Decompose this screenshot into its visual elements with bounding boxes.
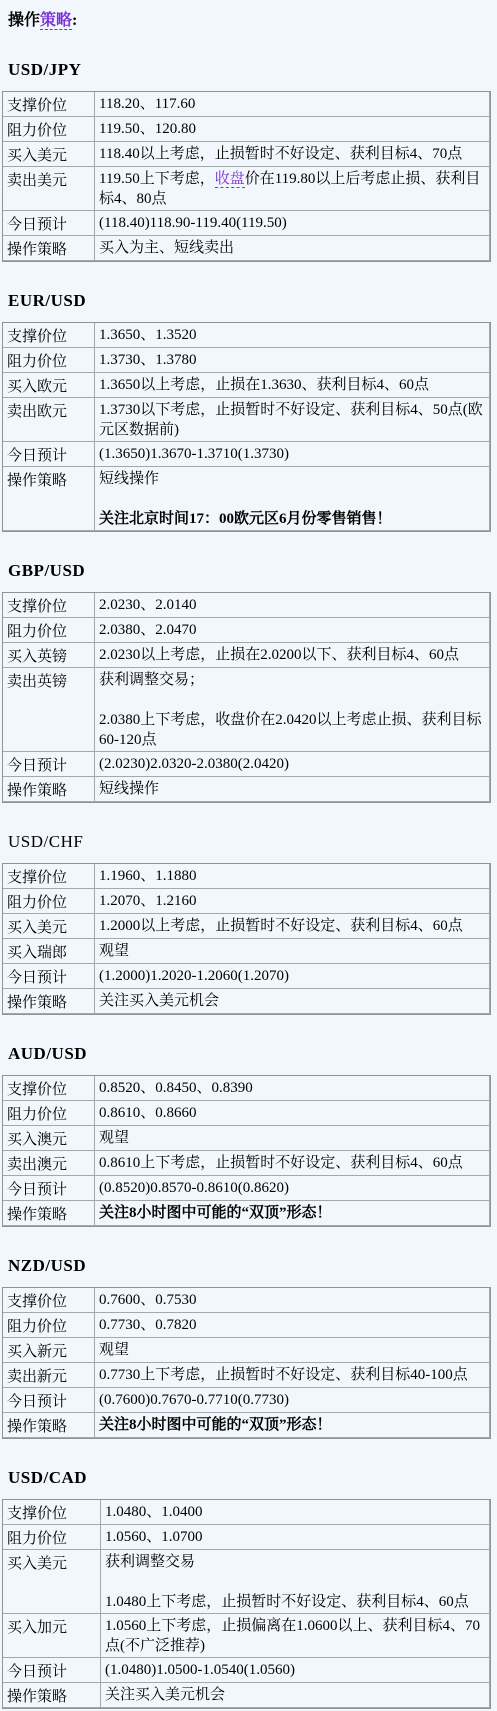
value-paragraph: 0.8610上下考虑，止损暂时不好设定、获利目标4、60点 — [99, 1153, 485, 1173]
value-paragraph: 1.0480、1.0400 — [105, 1502, 485, 1522]
value-paragraph: 1.0560、1.0700 — [105, 1527, 485, 1547]
row-label: 支撑价位 — [3, 864, 95, 889]
row-label: 卖出新元 — [3, 1363, 95, 1388]
value-paragraph: 关注买入美元机会 — [99, 991, 485, 1011]
row-value: 买入为主、短线卖出 — [95, 236, 490, 261]
value-paragraph: 1.3650、1.3520 — [99, 325, 485, 345]
text-span: 0.8610、0.8660 — [99, 1105, 197, 1121]
value-paragraph: 1.3650以上考虑，止损在1.3630、获利目标4、60点 — [99, 375, 485, 395]
pair-heading-usd-cad: USD/CAD — [8, 1467, 495, 1488]
value-paragraph — [99, 690, 485, 710]
row-value: 2.0230以上考虑，止损在2.0200以下、获利目标4、60点 — [95, 643, 490, 668]
value-paragraph: 观望 — [99, 1340, 485, 1360]
row-value: 0.7600、0.7530 — [95, 1288, 490, 1313]
row-label: 支撑价位 — [3, 1076, 95, 1101]
value-paragraph: 0.7730、0.7820 — [99, 1315, 485, 1335]
table-row: 买入欧元1.3650以上考虑，止损在1.3630、获利目标4、60点 — [3, 373, 490, 398]
text-span: 1.0480上下考虑，止损暂时不好设定、获利目标4、60点 — [105, 1594, 469, 1610]
row-value: 2.0230、2.0140 — [95, 593, 490, 618]
pair-heading-gbp-usd: GBP/USD — [8, 560, 495, 581]
table-row: 支撑价位0.7600、0.7530 — [3, 1288, 490, 1313]
table-row: 阻力价位0.7730、0.7820 — [3, 1313, 490, 1338]
value-paragraph: (0.7600)0.7670-0.7710(0.7730) — [99, 1390, 485, 1410]
text-span: (118.40)118.90-119.40(119.50) — [99, 215, 287, 231]
row-value: (0.8520)0.8570-0.8610(0.8620) — [95, 1176, 490, 1201]
row-value: 1.2000以上考虑，止损暂时不好设定、获利目标4、60点 — [95, 914, 490, 939]
text-span: 观望 — [99, 1342, 129, 1358]
table-row: 支撑价位1.0480、1.0400 — [3, 1500, 490, 1525]
pair-heading-usd-jpy: USD/JPY — [8, 59, 495, 80]
value-paragraph: 0.7730上下考虑，止损暂时不好设定、获利目标40-100点 — [99, 1365, 485, 1385]
value-paragraph: 1.0560上下考虑，止损偏离在1.0600以上、获利目标4、70点(不广泛推荐… — [105, 1616, 485, 1656]
pair-heading-usd-chf: USD/CHF — [8, 831, 495, 852]
row-label: 买入瑞郎 — [3, 939, 95, 964]
row-label: 阻力价位 — [3, 1313, 95, 1338]
value-paragraph: (2.0230)2.0320-2.0380(2.0420) — [99, 754, 485, 774]
value-paragraph — [99, 489, 485, 509]
row-value: (0.7600)0.7670-0.7710(0.7730) — [95, 1388, 490, 1413]
row-value: 0.8610上下考虑，止损暂时不好设定、获利目标4、60点 — [95, 1151, 490, 1176]
value-paragraph: 关注北京时间17：00欧元区6月份零售销售！ — [99, 509, 485, 529]
row-label: 今日预计 — [3, 1658, 101, 1683]
value-paragraph: (118.40)118.90-119.40(119.50) — [99, 213, 485, 233]
row-value: 0.8610、0.8660 — [95, 1101, 490, 1126]
row-label: 支撑价位 — [3, 593, 95, 618]
row-value: (2.0230)2.0320-2.0380(2.0420) — [95, 752, 490, 777]
table-row: 操作策略买入为主、短线卖出 — [3, 236, 490, 261]
text-span: 1.0560、1.0700 — [105, 1529, 203, 1545]
table-row: 卖出澳元0.8610上下考虑，止损暂时不好设定、获利目标4、60点 — [3, 1151, 490, 1176]
text-span: 短线操作 — [99, 781, 159, 797]
value-paragraph: 2.0230以上考虑，止损在2.0200以下、获利目标4、60点 — [99, 645, 485, 665]
text-span: 118.40以上考虑，止损暂时不好设定、获利目标4、70点 — [99, 146, 462, 162]
text-span: 0.8610上下考虑，止损暂时不好设定、获利目标4、60点 — [99, 1155, 463, 1171]
table-row: 阻力价位1.2070、1.2160 — [3, 889, 490, 914]
pair-table-eur-usd: 支撑价位1.3650、1.3520阻力价位1.3730、1.3780买入欧元1.… — [2, 322, 491, 532]
row-label: 操作策略 — [3, 989, 95, 1014]
table-row: 今日预计(0.8520)0.8570-0.8610(0.8620) — [3, 1176, 490, 1201]
row-value: 获利调整交易；2.0380上下考虑，收盘价在2.0420以上考虑止损、获利目标6… — [95, 668, 490, 752]
row-label: 卖出澳元 — [3, 1151, 95, 1176]
text-span: 119.50上下考虑， — [99, 171, 215, 187]
row-value: 119.50上下考虑，收盘价在119.80以上后考虑止损、获利目标4、80点 — [95, 167, 490, 211]
table-row: 操作策略关注8小时图中可能的“双顶”形态！ — [3, 1201, 490, 1226]
table-row: 买入美元获利调整交易1.0480上下考虑，止损暂时不好设定、获利目标4、60点 — [3, 1550, 490, 1614]
row-value: 观望 — [95, 1126, 490, 1151]
row-label: 今日预计 — [3, 964, 95, 989]
row-label: 支撑价位 — [3, 1288, 95, 1313]
row-label: 买入澳元 — [3, 1126, 95, 1151]
row-value: 关注8小时图中可能的“双顶”形态！ — [95, 1201, 490, 1226]
value-paragraph: 关注8小时图中可能的“双顶”形态！ — [99, 1203, 485, 1223]
value-paragraph: 短线操作 — [99, 779, 485, 799]
table-row: 今日预计(0.7600)0.7670-0.7710(0.7730) — [3, 1388, 490, 1413]
table-row: 卖出新元0.7730上下考虑，止损暂时不好设定、获利目标40-100点 — [3, 1363, 490, 1388]
value-paragraph: 关注8小时图中可能的“双顶”形态！ — [99, 1415, 485, 1435]
value-paragraph: 1.3730、1.3780 — [99, 350, 485, 370]
row-label: 阻力价位 — [3, 117, 95, 142]
row-value: 短线操作关注北京时间17：00欧元区6月份零售销售！ — [95, 467, 490, 531]
table-row: 买入加元1.0560上下考虑，止损偏离在1.0600以上、获利目标4、70点(不… — [3, 1614, 490, 1658]
text-span: (1.3650)1.3670-1.3710(1.3730) — [99, 446, 289, 462]
table-row: 操作策略短线操作 — [3, 777, 490, 802]
text-span: 0.7730上下考虑，止损暂时不好设定、获利目标40-100点 — [99, 1367, 468, 1383]
text-span: (0.8520)0.8570-0.8610(0.8620) — [99, 1180, 289, 1196]
value-paragraph: 1.1960、1.1880 — [99, 866, 485, 886]
pair-table-gbp-usd: 支撑价位2.0230、2.0140阻力价位2.0380、2.0470买入英镑2.… — [2, 592, 491, 803]
table-row: 支撑价位2.0230、2.0140 — [3, 593, 490, 618]
row-value: 获利调整交易1.0480上下考虑，止损暂时不好设定、获利目标4、60点 — [101, 1550, 490, 1614]
text-span: 关注买入美元机会 — [105, 1687, 225, 1703]
text-span: 0.7600、0.7530 — [99, 1292, 197, 1308]
text-span: 1.1960、1.1880 — [99, 868, 197, 884]
row-label: 卖出欧元 — [3, 398, 95, 442]
value-paragraph: 获利调整交易； — [99, 670, 485, 690]
value-paragraph: 短线操作 — [99, 469, 485, 489]
row-label: 支撑价位 — [3, 323, 95, 348]
row-value: 119.50、120.80 — [95, 117, 490, 142]
row-label: 今日预计 — [3, 1176, 95, 1201]
value-paragraph: (1.3650)1.3670-1.3710(1.3730) — [99, 444, 485, 464]
row-value: 0.8520、0.8450、0.8390 — [95, 1076, 490, 1101]
closing-price-link[interactable]: 收盘 — [215, 171, 245, 188]
row-label: 阻力价位 — [3, 889, 95, 914]
text-span: 观望 — [99, 1130, 129, 1146]
pair-table-usd-cad: 支撑价位1.0480、1.0400阻力价位1.0560、1.0700买入美元获利… — [2, 1499, 491, 1709]
row-label: 买入美元 — [3, 914, 95, 939]
table-row: 卖出欧元1.3730以下考虑，止损暂时不好设定、获利目标4、50点(欧元区数据前… — [3, 398, 490, 442]
text-span: 119.50、120.80 — [99, 121, 196, 137]
pair-table-usd-chf: 支撑价位1.1960、1.1880阻力价位1.2070、1.2160买入美元1.… — [2, 863, 491, 1015]
value-paragraph: 0.8610、0.8660 — [99, 1103, 485, 1123]
text-span: 关注8小时图中可能的“双顶”形态！ — [99, 1205, 332, 1221]
table-row: 今日预计(2.0230)2.0320-2.0380(2.0420) — [3, 752, 490, 777]
title-prefix: 操作 — [8, 12, 40, 29]
value-paragraph: 1.2070、1.2160 — [99, 891, 485, 911]
text-span: 1.3650、1.3520 — [99, 327, 197, 343]
text-span: (2.0230)2.0320-2.0380(2.0420) — [99, 756, 289, 772]
row-value: (1.2000)1.2020-1.2060(1.2070) — [95, 964, 490, 989]
text-span: 1.0560上下考虑，止损偏离在1.0600以上、获利目标4、70点(不广泛推荐… — [105, 1618, 480, 1654]
row-label: 买入美元 — [3, 142, 95, 167]
row-label: 卖出英镑 — [3, 668, 95, 752]
row-value: 0.7730、0.7820 — [95, 1313, 490, 1338]
value-paragraph: 观望 — [99, 941, 485, 961]
row-value: 118.40以上考虑，止损暂时不好设定、获利目标4、70点 — [95, 142, 490, 167]
text-span: 2.0230以上考虑，止损在2.0200以下、获利目标4、60点 — [99, 647, 459, 663]
table-row: 今日预计(1.3650)1.3670-1.3710(1.3730) — [3, 442, 490, 467]
table-row: 阻力价位1.0560、1.0700 — [3, 1525, 490, 1550]
sections-container: USD/JPY支撑价位118.20、117.60阻力价位119.50、120.8… — [2, 59, 495, 1709]
row-label: 操作策略 — [3, 1413, 95, 1438]
text-span: (0.7600)0.7670-0.7710(0.7730) — [99, 1392, 289, 1408]
row-label: 买入美元 — [3, 1550, 101, 1614]
row-value: 关注8小时图中可能的“双顶”形态！ — [95, 1413, 490, 1438]
text-span: 2.0380上下考虑，收盘价在2.0420以上考虑止损、获利目标60-120点 — [99, 712, 482, 748]
value-paragraph: (0.8520)0.8570-0.8610(0.8620) — [99, 1178, 485, 1198]
row-value: 0.7730上下考虑，止损暂时不好设定、获利目标40-100点 — [95, 1363, 490, 1388]
pair-heading-aud-usd: AUD/USD — [8, 1043, 495, 1064]
row-label: 操作策略 — [3, 467, 95, 531]
table-row: 卖出美元119.50上下考虑，收盘价在119.80以上后考虑止损、获利目标4、8… — [3, 167, 490, 211]
row-label: 买入加元 — [3, 1614, 101, 1658]
text-span: 短线操作 — [99, 471, 159, 487]
row-label: 支撑价位 — [3, 1500, 101, 1525]
text-span: (1.2000)1.2020-1.2060(1.2070) — [99, 968, 289, 984]
text-span: 1.0480、1.0400 — [105, 1504, 203, 1520]
table-row: 卖出英镑获利调整交易；2.0380上下考虑，收盘价在2.0420以上考虑止损、获… — [3, 668, 490, 752]
text-span: 观望 — [99, 943, 129, 959]
table-row: 买入美元1.2000以上考虑，止损暂时不好设定、获利目标4、60点 — [3, 914, 490, 939]
text-span: 2.0230、2.0140 — [99, 597, 197, 613]
text-span: 1.2070、1.2160 — [99, 893, 197, 909]
value-paragraph: 买入为主、短线卖出 — [99, 238, 485, 258]
text-span: 118.20、117.60 — [99, 96, 195, 112]
text-span: 获利调整交易； — [99, 672, 204, 688]
table-row: 买入澳元观望 — [3, 1126, 490, 1151]
pair-heading-eur-usd: EUR/USD — [8, 290, 495, 311]
value-paragraph: 1.2000以上考虑，止损暂时不好设定、获利目标4、60点 — [99, 916, 485, 936]
pair-table-aud-usd: 支撑价位0.8520、0.8450、0.8390阻力价位0.8610、0.866… — [2, 1075, 491, 1227]
row-value: 1.2070、1.2160 — [95, 889, 490, 914]
table-row: 买入新元观望 — [3, 1338, 490, 1363]
text-span: 关注买入美元机会 — [99, 993, 219, 1009]
row-label: 今日预计 — [3, 752, 95, 777]
row-label: 操作策略 — [3, 1683, 101, 1708]
row-label: 操作策略 — [3, 1201, 95, 1226]
text-span: 关注北京时间17：00欧元区6月份零售销售！ — [99, 511, 392, 527]
value-paragraph: 119.50、120.80 — [99, 119, 485, 139]
row-value: 短线操作 — [95, 777, 490, 802]
row-value: 关注买入美元机会 — [101, 1683, 490, 1708]
value-paragraph: 1.0480上下考虑，止损暂时不好设定、获利目标4、60点 — [105, 1592, 485, 1612]
text-span: 2.0380、2.0470 — [99, 622, 197, 638]
table-row: 今日预计(1.2000)1.2020-1.2060(1.2070) — [3, 964, 490, 989]
row-value: 观望 — [95, 1338, 490, 1363]
table-row: 今日预计(1.0480)1.0500-1.0540(1.0560) — [3, 1658, 490, 1683]
row-label: 支撑价位 — [3, 92, 95, 117]
row-value: (118.40)118.90-119.40(119.50) — [95, 211, 490, 236]
table-row: 操作策略关注8小时图中可能的“双顶”形态！ — [3, 1413, 490, 1438]
table-row: 操作策略关注买入美元机会 — [3, 1683, 490, 1708]
row-label: 今日预计 — [3, 1388, 95, 1413]
text-span: 1.3650以上考虑，止损在1.3630、获利目标4、60点 — [99, 377, 429, 393]
table-row: 买入美元118.40以上考虑，止损暂时不好设定、获利目标4、70点 — [3, 142, 490, 167]
value-paragraph: 1.3730以下考虑，止损暂时不好设定、获利目标4、50点(欧元区数据前) — [99, 400, 485, 440]
row-label: 买入新元 — [3, 1338, 95, 1363]
text-span: 买入为主、短线卖出 — [99, 240, 234, 256]
text-span: (1.0480)1.0500-1.0540(1.0560) — [105, 1662, 295, 1678]
row-value: 1.1960、1.1880 — [95, 864, 490, 889]
table-row: 买入瑞郎观望 — [3, 939, 490, 964]
row-label: 阻力价位 — [3, 618, 95, 643]
row-label: 今日预计 — [3, 211, 95, 236]
text-span: 1.3730以下考虑，止损暂时不好设定、获利目标4、50点(欧元区数据前) — [99, 402, 483, 438]
title-colon: : — [72, 12, 77, 29]
row-label: 今日预计 — [3, 442, 95, 467]
row-value: 1.0560上下考虑，止损偏离在1.0600以上、获利目标4、70点(不广泛推荐… — [101, 1614, 490, 1658]
row-label: 阻力价位 — [3, 1101, 95, 1126]
value-paragraph: 观望 — [99, 1128, 485, 1148]
value-paragraph — [105, 1572, 485, 1592]
table-row: 操作策略短线操作关注北京时间17：00欧元区6月份零售销售！ — [3, 467, 490, 531]
value-paragraph: 2.0230、2.0140 — [99, 595, 485, 615]
text-span: 1.2000以上考虑，止损暂时不好设定、获利目标4、60点 — [99, 918, 463, 934]
text-span: 0.7730、0.7820 — [99, 1317, 197, 1333]
row-value: (1.0480)1.0500-1.0540(1.0560) — [101, 1658, 490, 1683]
table-row: 买入英镑2.0230以上考虑，止损在2.0200以下、获利目标4、60点 — [3, 643, 490, 668]
row-value: (1.3650)1.3670-1.3710(1.3730) — [95, 442, 490, 467]
value-paragraph: 0.8520、0.8450、0.8390 — [99, 1078, 485, 1098]
row-value: 1.3650以上考虑，止损在1.3630、获利目标4、60点 — [95, 373, 490, 398]
value-paragraph: 119.50上下考虑，收盘价在119.80以上后考虑止损、获利目标4、80点 — [99, 169, 485, 209]
table-row: 支撑价位0.8520、0.8450、0.8390 — [3, 1076, 490, 1101]
table-row: 阻力价位119.50、120.80 — [3, 117, 490, 142]
table-row: 支撑价位1.1960、1.1880 — [3, 864, 490, 889]
table-row: 支撑价位118.20、117.60 — [3, 92, 490, 117]
text-span: 0.8520、0.8450、0.8390 — [99, 1080, 253, 1096]
row-label: 阻力价位 — [3, 1525, 101, 1550]
row-value: 1.0480、1.0400 — [101, 1500, 490, 1525]
row-value: 2.0380、2.0470 — [95, 618, 490, 643]
pair-table-nzd-usd: 支撑价位0.7600、0.7530阻力价位0.7730、0.7820买入新元观望… — [2, 1287, 491, 1439]
row-label: 操作策略 — [3, 777, 95, 802]
row-label: 卖出美元 — [3, 167, 95, 211]
value-paragraph: (1.0480)1.0500-1.0540(1.0560) — [105, 1660, 485, 1680]
text-span: 关注8小时图中可能的“双顶”形态！ — [99, 1417, 332, 1433]
value-paragraph: 0.7600、0.7530 — [99, 1290, 485, 1310]
row-value: 1.3730、1.3780 — [95, 348, 490, 373]
value-paragraph: 关注买入美元机会 — [105, 1685, 485, 1705]
strategy-link[interactable]: 策略 — [40, 12, 72, 30]
row-value: 观望 — [95, 939, 490, 964]
table-row: 阻力价位1.3730、1.3780 — [3, 348, 490, 373]
table-row: 阻力价位0.8610、0.8660 — [3, 1101, 490, 1126]
row-value: 1.3730以下考虑，止损暂时不好设定、获利目标4、50点(欧元区数据前) — [95, 398, 490, 442]
table-row: 支撑价位1.3650、1.3520 — [3, 323, 490, 348]
value-paragraph: 2.0380、2.0470 — [99, 620, 485, 640]
table-row: 操作策略关注买入美元机会 — [3, 989, 490, 1014]
row-label: 阻力价位 — [3, 348, 95, 373]
value-paragraph: (1.2000)1.2020-1.2060(1.2070) — [99, 966, 485, 986]
pair-heading-nzd-usd: NZD/USD — [8, 1255, 495, 1276]
value-paragraph: 2.0380上下考虑，收盘价在2.0420以上考虑止损、获利目标60-120点 — [99, 710, 485, 750]
page-title: 操作策略: — [8, 10, 495, 31]
text-span: 获利调整交易 — [105, 1554, 195, 1570]
value-paragraph: 获利调整交易 — [105, 1552, 485, 1572]
row-value: 关注买入美元机会 — [95, 989, 490, 1014]
pair-table-usd-jpy: 支撑价位118.20、117.60阻力价位119.50、120.80买入美元11… — [2, 91, 491, 262]
value-paragraph: 118.40以上考虑，止损暂时不好设定、获利目标4、70点 — [99, 144, 485, 164]
row-value: 1.3650、1.3520 — [95, 323, 490, 348]
row-label: 买入欧元 — [3, 373, 95, 398]
text-span: 1.3730、1.3780 — [99, 352, 197, 368]
row-label: 买入英镑 — [3, 643, 95, 668]
table-row: 阻力价位2.0380、2.0470 — [3, 618, 490, 643]
row-value: 118.20、117.60 — [95, 92, 490, 117]
row-label: 操作策略 — [3, 236, 95, 261]
value-paragraph: 118.20、117.60 — [99, 94, 485, 114]
row-value: 1.0560、1.0700 — [101, 1525, 490, 1550]
table-row: 今日预计(118.40)118.90-119.40(119.50) — [3, 211, 490, 236]
